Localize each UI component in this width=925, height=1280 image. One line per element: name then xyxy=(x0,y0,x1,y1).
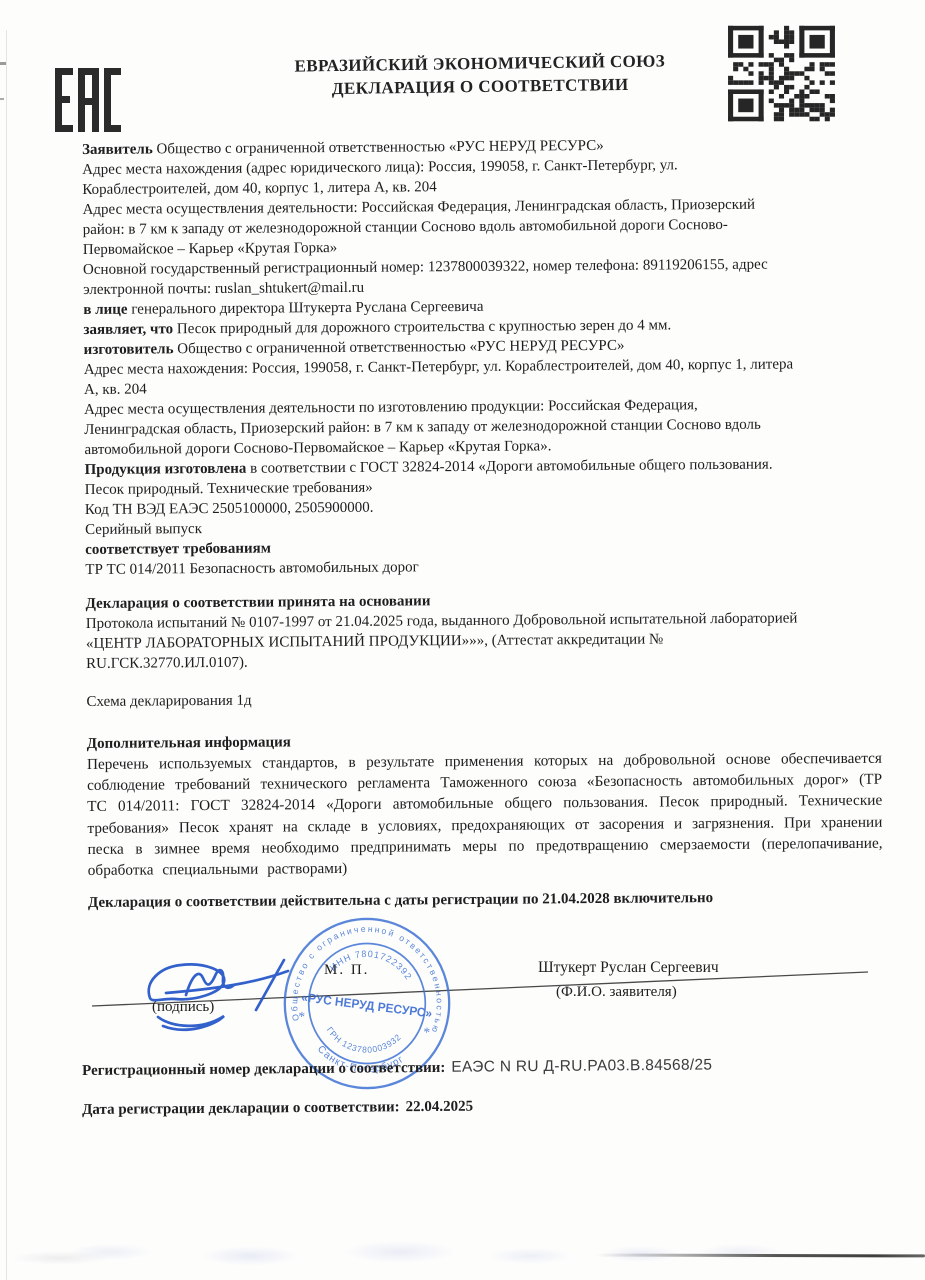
stamp-star-left: * xyxy=(297,1008,306,1024)
registration-number-label: Регистрационный номер декларации о соотв… xyxy=(82,1060,445,1079)
scan-artifact-bottom-smudge xyxy=(0,1230,925,1275)
scan-artifact-left-edge xyxy=(6,30,7,1280)
paragraph-perechen-standartov: Перечень используемых стандартов, в резу… xyxy=(87,748,883,881)
document-title: ЕВРАЗИЙСКИЙ ЭКОНОМИЧЕСКИЙ СОЮЗ ДЕКЛАРАЦИ… xyxy=(230,49,731,102)
paragraph-gost: Продукция изготовлена в соответствии с Г… xyxy=(85,454,785,499)
signature-handwritten xyxy=(149,960,288,1030)
stamp-star-right: * xyxy=(422,1024,431,1040)
document-body: Заявитель Общество с ограниченной ответс… xyxy=(82,134,883,913)
paragraph-ogrn-contacts: Основной государственный регистрационный… xyxy=(83,254,793,300)
eac-conformity-mark-icon xyxy=(55,68,121,132)
fio-caption: (Ф.И.О. заявителя) xyxy=(556,984,677,1001)
signature-layer xyxy=(80,930,880,1065)
registration-date-label: Дата регистрации декларации о соответств… xyxy=(82,1099,400,1118)
scan-artifact-speck xyxy=(0,98,4,100)
paragraph-manufacturer-address: Адрес места нахождения: Россия, 199058, … xyxy=(84,354,804,400)
paragraph-validity: Декларация о соответствии действительна … xyxy=(88,887,883,913)
registration-number-value: ЕАЭС N RU Д-RU.РА03.В.84568/25 xyxy=(451,1057,712,1076)
paragraph-address-activity: Адрес места осуществления деятельности: … xyxy=(82,195,782,260)
stamp-text-company-name: «РУС НЕРУД РЕСУРС» xyxy=(301,990,434,1021)
paragraph-protokol: Протокола испытаний № 0107-1997 от 21.04… xyxy=(86,608,826,674)
scan-artifact-speck xyxy=(0,62,6,65)
qr-code xyxy=(726,24,838,124)
paragraph-production-address: Адрес места осуществления деятельности п… xyxy=(84,394,789,460)
declaration-document-page: ЕВРАЗИЙСКИЙ ЭКОНОМИЧЕСКИЙ СОЮЗ ДЕКЛАРАЦИ… xyxy=(0,0,925,1280)
paragraph-address-legal: Адрес места нахождения (адрес юридическо… xyxy=(82,155,722,200)
registration-date-line: Дата регистрации декларации о соответств… xyxy=(82,1099,473,1119)
applicant-full-name: Штукерт Руслан Сергеевич xyxy=(538,959,719,977)
paragraph-shema: Схема декларирования 1д xyxy=(86,686,881,712)
signature-caption: (подпись) xyxy=(152,999,214,1016)
registration-date-value: 22.04.2025 xyxy=(406,1099,474,1116)
